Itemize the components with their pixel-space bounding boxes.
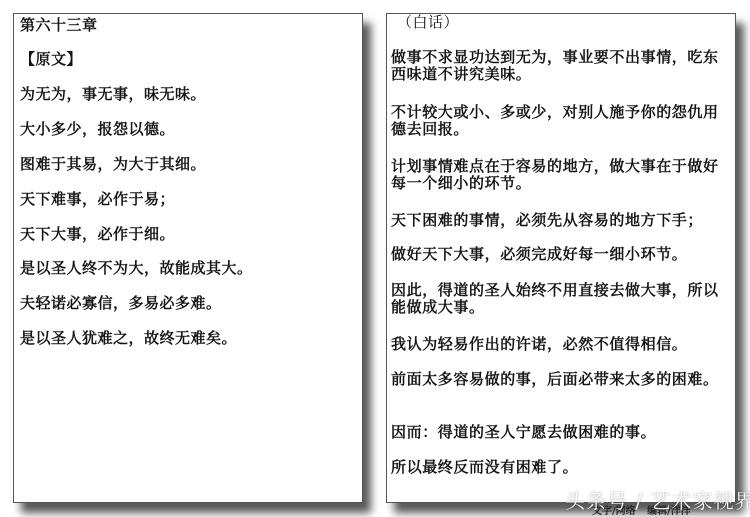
original-line: 夫轻诺必寡信，多易必多难。 (20, 295, 222, 312)
original-line: 图难于其易，为大于其细。 (20, 156, 206, 173)
chapter-title: 第六十三章 (20, 17, 98, 34)
watermark: 头条号 / 艺术家视界 (565, 485, 750, 514)
translation-paragraph: 不计较大或小、多或少，对别人施予你的怨仇用德去回报。 (391, 104, 733, 138)
original-line: 是以圣人犹难之，故终无难矣。 (20, 330, 237, 347)
translation-paragraph: 所以最终反而没有困难了。 (391, 459, 733, 476)
translation-paragraph: 计划事情难点在于容易的地方，做大事在于做好每一个细小的环节。 (391, 158, 733, 192)
section-label-translation: （白话） (397, 14, 459, 31)
translation-paragraph: 做事不求显功达到无为，事业要不出事情，吃东西味道不讲究美味。 (391, 49, 733, 83)
original-line: 大小多少，报怨以德。 (20, 121, 175, 138)
translation-paragraph: 因而：得道的圣人宁愿去做困难的事。 (391, 424, 733, 441)
translation-paragraph: 做好天下大事，必须完成好每一细小环节。 (391, 246, 733, 263)
original-text-page: 第六十三章 【原文】 为无为，事无事，味无味。 大小多少，报怨以德。 图难于其易… (13, 13, 363, 503)
original-line: 为无为，事无事，味无味。 (20, 86, 206, 103)
translation-paragraph: 天下困难的事情，必须先从容易的地方下手； (391, 212, 733, 229)
translation-paragraph: 因此，得道的圣人始终不用直接去做大事，所以能做成大事。 (391, 282, 733, 316)
translation-paragraph: 我认为轻易作出的许诺，必然不值得相信。 (391, 336, 733, 353)
translation-page: （白话） 做事不求显功达到无为，事业要不出事情，吃东西味道不讲究美味。 不计较大… (386, 13, 736, 503)
translation-paragraph: 前面太多容易做的事，后面必带来太多的困难。 (391, 371, 733, 388)
section-label-original: 【原文】 (20, 51, 82, 68)
original-line: 天下难事，必作于易； (20, 191, 175, 208)
original-line: 天下大事，必作于细。 (20, 226, 175, 243)
original-line: 是以圣人终不为大，故能成其大。 (20, 260, 253, 277)
